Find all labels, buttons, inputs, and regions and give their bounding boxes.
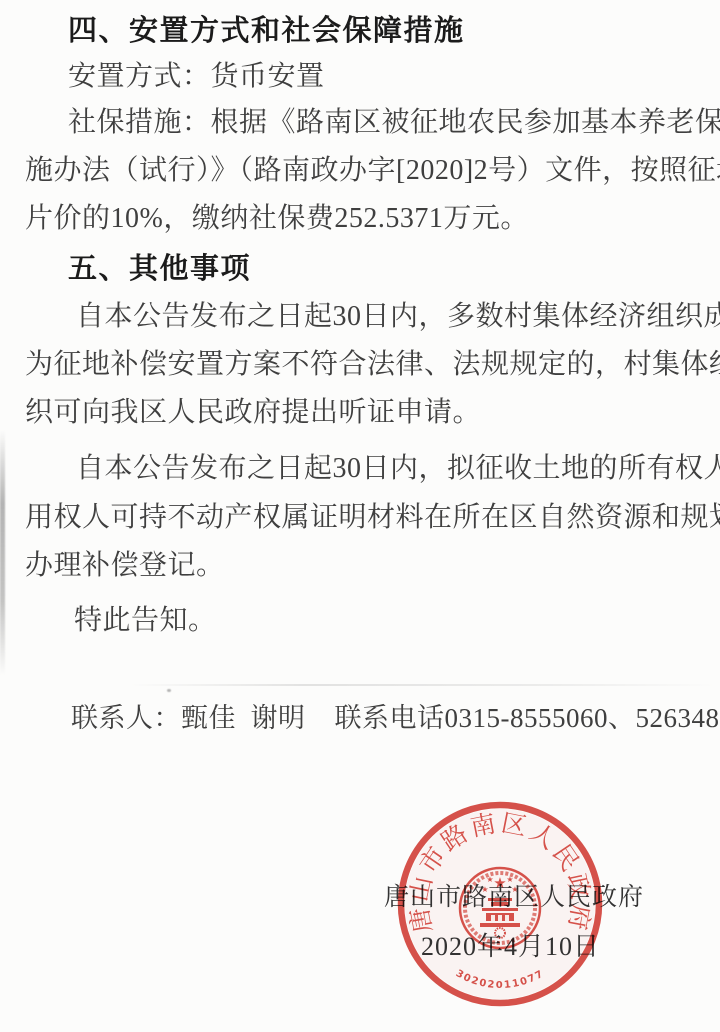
small-star-icon: ★ [481,885,488,894]
hearing-line-1: 自本公告发布之日起30日内，多数村集体经济组织成员认 [76,300,720,334]
registration-line-1: 自本公告发布之日起30日内，拟征收土地的所有权人、使 [76,452,720,486]
scan-edge-smudge [0,430,5,675]
closing-line: 特此告知。 [74,604,217,638]
hearing-line-2: 为征地补偿安置方案不符合法律、法规规定的，村集体经济组 [25,348,720,382]
contact-line: 联系人：甄佳 谢明 联系电话0315-8555060、5263488 [71,701,720,735]
scan-crease-line [130,684,716,686]
scan-speck [167,689,171,692]
social-security-line-1: 社保措施：根据《路南区被征地农民参加基本养老保险实 [68,106,720,140]
small-star-icon: ★ [486,875,493,884]
big-star-icon: ★ [493,874,506,892]
resettlement-method-line: 安置方式：货币安置 [68,60,325,94]
hearing-line-3: 织可向我区人民政府提出听证申请。 [25,396,481,430]
registration-line-3: 办理补偿登记。 [25,549,225,583]
small-star-icon: ★ [506,875,513,884]
notice-document-page: 四、安置方式和社会保障措施 安置方式：货币安置 社保措施：根据《路南区被征地农民… [0,0,720,1032]
social-security-line-3: 片价的10%，缴纳社保费252.5371万元。 [25,202,529,236]
section-four-heading: 四、安置方式和社会保障措施 [68,14,465,48]
registration-line-2: 用权人可持不动产权属证明材料在所在区自然资源和规划分局 [25,501,720,535]
small-star-icon: ★ [511,885,518,894]
section-five-heading: 五、其他事项 [68,252,251,286]
official-seal: 唐山市路南区人民政府 1302020110778 ★ ★ ★ ★ ★ [394,798,606,1010]
social-security-line-2: 施办法（试行）》（路南政办字[2020]2号）文件，按照征地区 [25,154,720,188]
